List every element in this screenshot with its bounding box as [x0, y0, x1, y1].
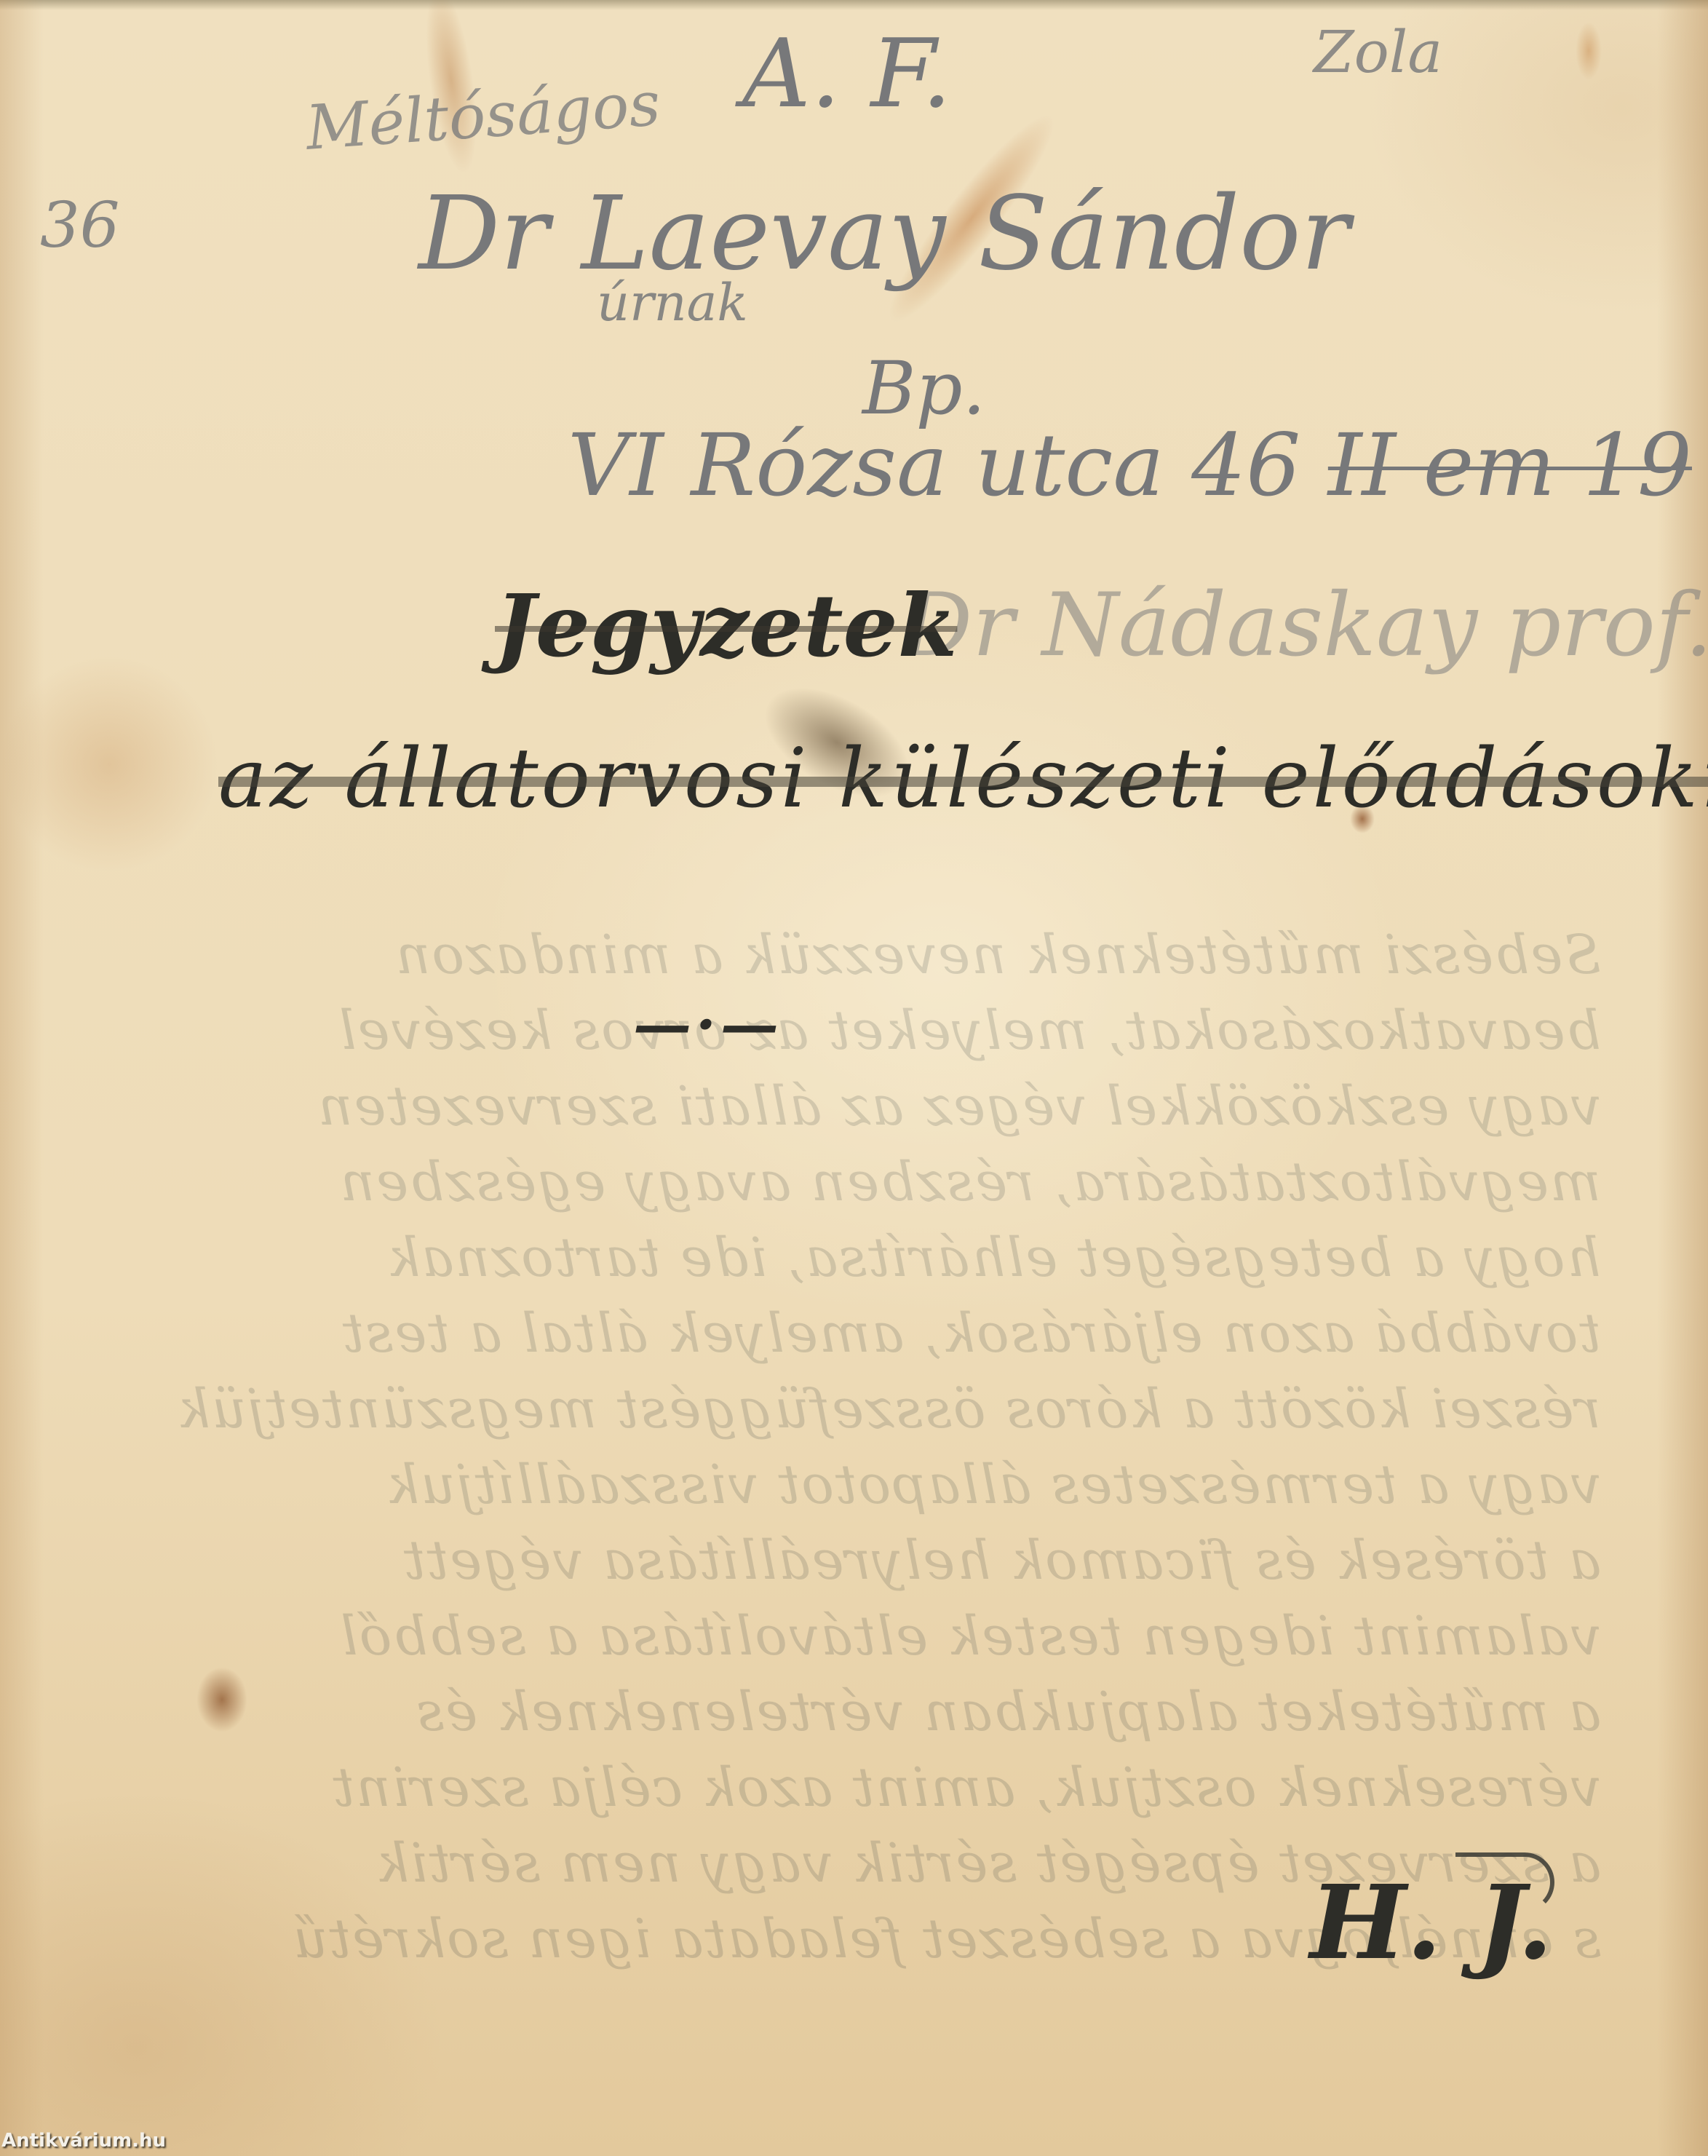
address-struck-floor: II em 19 [1328, 415, 1692, 515]
bleed-line: a műtéteket alapjukban vérteleneknek és [146, 1674, 1601, 1750]
age-discoloration [0, 655, 218, 873]
pencil-recipient-name: Dr Laevay Sándor [418, 175, 1349, 293]
bleed-line: részei között a kóros összefüggést megsz… [146, 1371, 1601, 1447]
bleed-line: Sebészi műtéteknek nevezzük a mindazon [146, 917, 1601, 993]
page-title: Jegyzetek [495, 575, 957, 676]
bleed-line: hogy a betegséget elhárítsa, ide tartozn… [146, 1220, 1601, 1296]
bleed-line: vagy eszközökkel végez az állati szervez… [146, 1069, 1601, 1144]
bleed-line: valamint idegen testek eltávolítása a se… [146, 1598, 1601, 1674]
pencil-note-zola: Zola [1314, 18, 1442, 86]
page-left-edge [0, 0, 44, 2156]
title-separator: —·— [633, 990, 783, 1058]
pencil-recipient-suffix: úrnak [597, 273, 748, 333]
address-district: VI [568, 415, 664, 515]
bleed-line: véreseknek osztjuk, amint azok célja sze… [146, 1750, 1601, 1826]
bleed-line: a törések és ficamok helyreállítása vége… [146, 1523, 1601, 1598]
bleed-line: megváltoztatására, részben avagy egészbe… [146, 1144, 1601, 1220]
pencil-professor-note: Dr Nádaskay prof. [902, 575, 1708, 676]
foxing-spot [1576, 22, 1602, 80]
page-right-edge [1657, 0, 1708, 2156]
pencil-initials-af: A. F. [742, 18, 952, 129]
signature-flourish [1455, 1852, 1554, 1912]
pencil-margin-number: 36 [40, 189, 119, 262]
bleed-line: beavatkozásokat, melyeket az orvos kezév… [146, 993, 1601, 1069]
bleed-line: vagy a természetes állapotot visszaállít… [146, 1447, 1601, 1523]
watermark: Antikvárium.hu [1, 2130, 166, 2152]
page-subtitle: az állatorvosi külészeti előadásokról [218, 732, 1708, 826]
address-street: Rózsa utca 46 [691, 415, 1300, 515]
page-top-edge [0, 0, 1708, 10]
bleed-line: továbbá azon eljárások, amelyek által a … [146, 1296, 1601, 1371]
pencil-address: VI Rózsa utca 46 II em 19 [568, 415, 1692, 515]
